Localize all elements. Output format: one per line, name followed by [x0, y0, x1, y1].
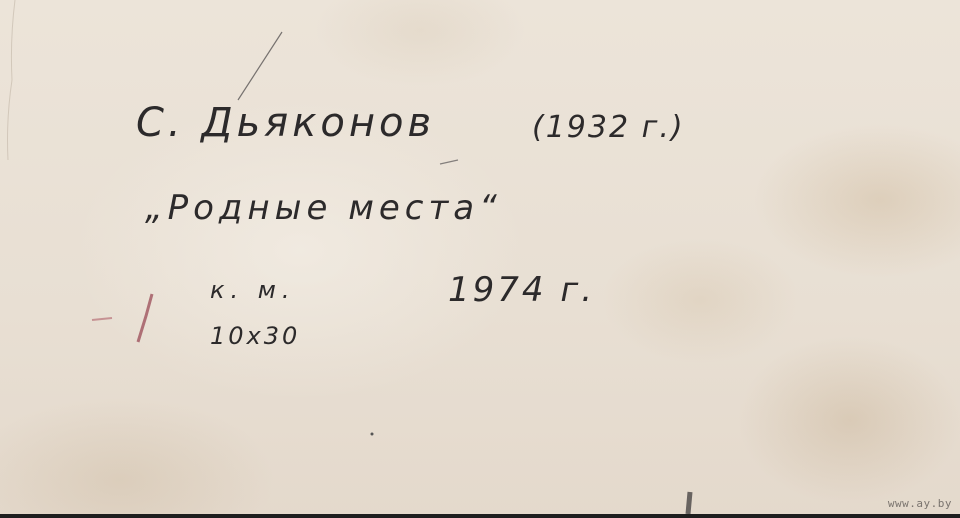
- artist-name: С. Дьяконов: [136, 100, 435, 146]
- artwork-year: 1974 г.: [448, 270, 595, 310]
- site-watermark: www.ay.by: [888, 497, 952, 510]
- artist-years: (1932 г.): [532, 110, 685, 145]
- pencil-stroke-mark: [0, 0, 960, 518]
- artwork-title: „Родные места“: [145, 188, 502, 228]
- artwork-medium: к. м.: [210, 276, 296, 304]
- artwork-size: 10x30: [210, 322, 300, 350]
- bottom-border: [0, 514, 960, 518]
- aged-paper-photo: С. Дьяконов (1932 г.) „Родные места“ к. …: [0, 0, 960, 518]
